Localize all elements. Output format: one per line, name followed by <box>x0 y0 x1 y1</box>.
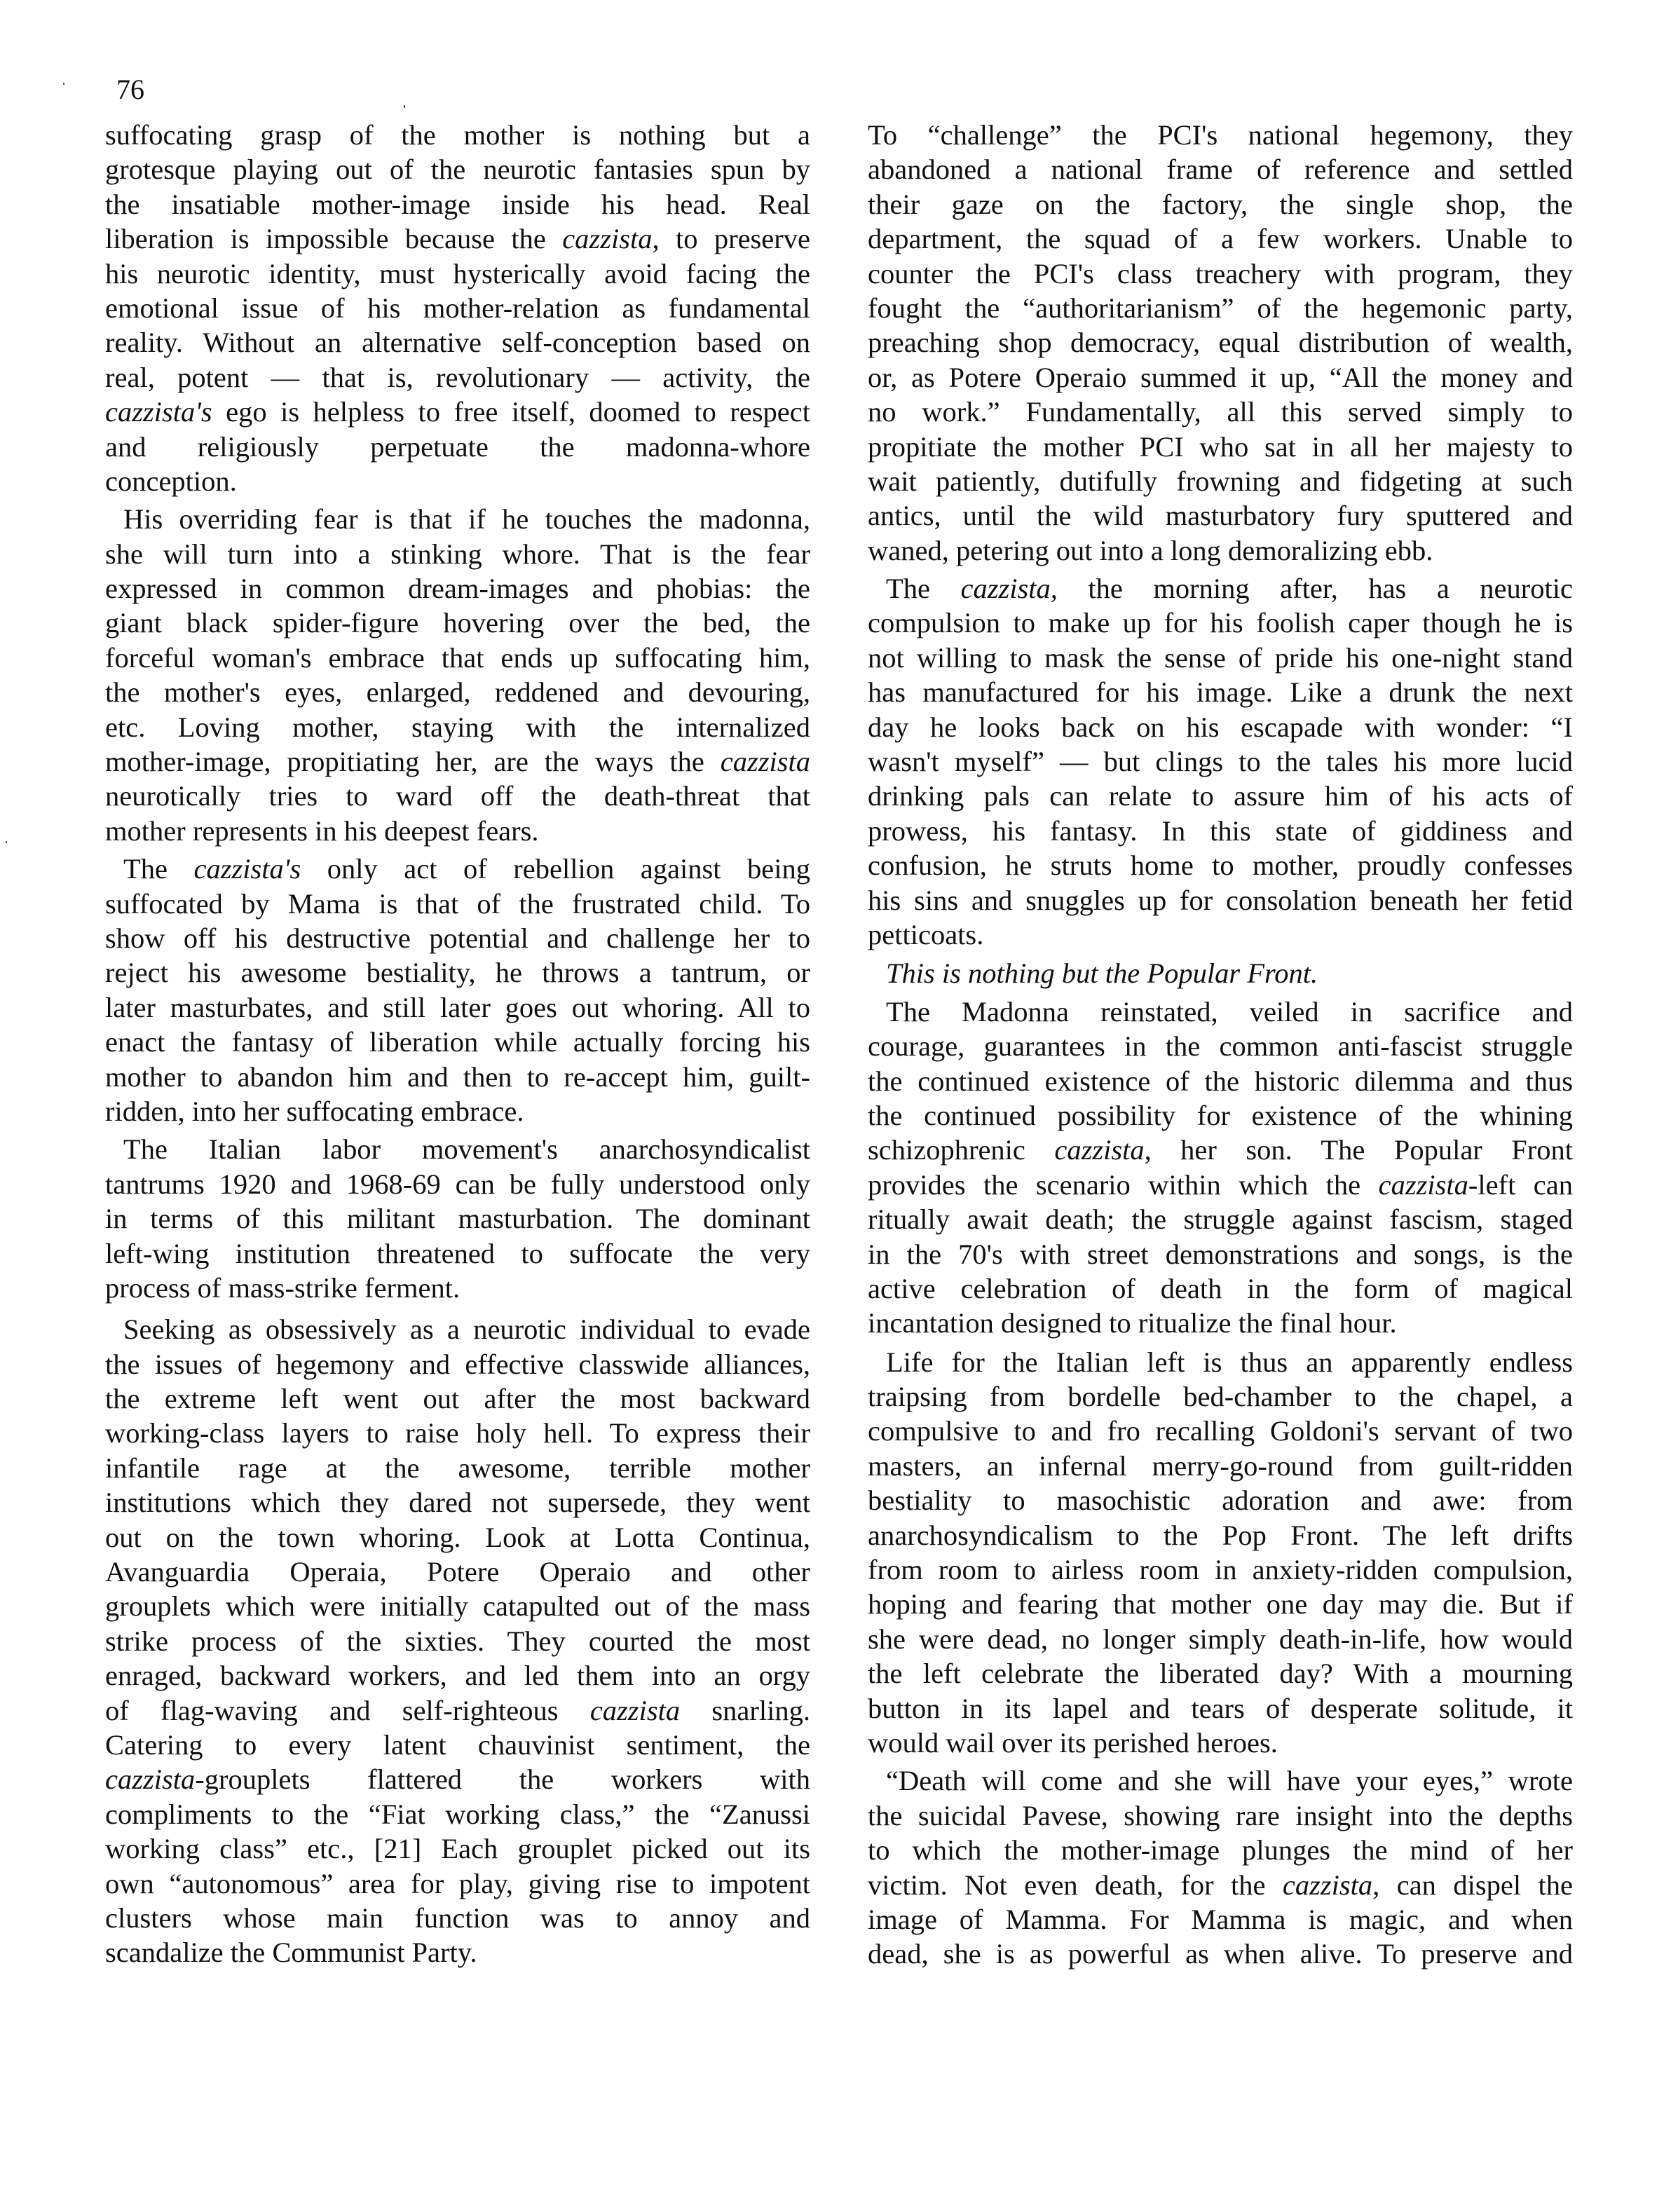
page-number: 76 <box>116 74 144 105</box>
text-run: To “challenge” the PCI's national hegemo… <box>868 119 1573 151</box>
text-line: drinking pals can relate to assure him o… <box>868 779 1573 813</box>
text-run: Catering to every latent chauvinist sent… <box>105 1729 810 1761</box>
text-run: suffocated by Mama is that of the frustr… <box>105 888 810 920</box>
text-line: real, potent — that is, revolutionary — … <box>105 360 810 395</box>
text-run: wait patiently, dutifully frowning and f… <box>868 465 1573 497</box>
text-line: scandalize the Communist Party. <box>105 1935 810 1969</box>
text-line: mother-image, propitiating her, are the … <box>105 744 810 779</box>
text-run: Avanguardia Operaia, Potere Operaio and … <box>105 1556 810 1588</box>
text-line: institutions which they dared not supers… <box>105 1485 810 1520</box>
text-run: department, the squad of a few workers. … <box>868 223 1573 254</box>
text-run: neurotically tries to ward off the death… <box>105 780 810 812</box>
text-run: the extreme left went out after the most… <box>105 1383 810 1414</box>
text-line: suffocated by Mama is that of the frustr… <box>105 887 810 921</box>
text-run: Seeking as obsessively as a neurotic ind… <box>123 1313 810 1345</box>
text-line: Life for the Italian left is thus an app… <box>868 1345 1573 1379</box>
text-run: masters, an infernal merry-go-round from… <box>868 1450 1573 1482</box>
text-run: giant black spider-figure hovering over … <box>105 607 810 639</box>
text-line: bestiality to masochistic adoration and … <box>868 1483 1573 1517</box>
paragraph: The Italian labor movement's anarchosynd… <box>105 1132 810 1305</box>
text-line: grotesque playing out of the neurotic fa… <box>105 152 810 186</box>
text-run: The Madonna reinstated, veiled in sacrif… <box>886 996 1573 1028</box>
text-line: his neurotic identity, must hysterically… <box>105 257 810 291</box>
text-run: fought the “authoritarianism” of the heg… <box>868 292 1573 324</box>
text-column-right: To “challenge” the PCI's national hegemo… <box>868 118 1573 1975</box>
text-line: and religiously perpetuate the madonna-w… <box>105 430 810 464</box>
text-line: neurotically tries to ward off the death… <box>105 779 810 813</box>
text-line: mother to abandon him and then to re-acc… <box>105 1060 810 1094</box>
text-run: confusion, he struts home to mother, pro… <box>868 849 1573 881</box>
text-line: ridden, into her suffocating embrace. <box>105 1094 810 1128</box>
paragraph: Life for the Italian left is thus an app… <box>868 1345 1573 1761</box>
text-line: cazzista's ego is helpless to free itsel… <box>105 395 810 429</box>
text-run: the morning after, has a neurotic <box>1058 573 1573 604</box>
text-run: incantation designed to ritualize the fi… <box>868 1307 1397 1339</box>
text-line: process of mass-strike ferment. <box>105 1271 810 1305</box>
text-line: hoping and fearing that mother one day m… <box>868 1587 1573 1621</box>
text-run: antics, until the wild masturbatory fury… <box>868 500 1573 531</box>
text-run: later masturbates, and still later goes … <box>105 992 810 1023</box>
text-run: The <box>886 573 960 604</box>
italic-text: cazzista <box>1283 1869 1372 1901</box>
text-line: “Death will come and she will have your … <box>868 1763 1573 1798</box>
text-run: his neurotic identity, must hysterically… <box>105 258 810 289</box>
text-line: out on the town whoring. Look at Lotta C… <box>105 1520 810 1555</box>
text-run: The Italian labor movement's anarchosynd… <box>123 1133 810 1165</box>
text-line: confusion, he struts home to mother, pro… <box>868 848 1573 882</box>
text-line: active celebration of death in the form … <box>868 1271 1573 1306</box>
text-line: cazzista-grouplets flattered the workers… <box>105 1762 810 1796</box>
text-run: prowess, his fantasy. In this state of g… <box>868 815 1573 847</box>
text-run: compulsive to and fro recalling Goldoni'… <box>868 1415 1573 1447</box>
text-run: drinking pals can relate to assure him o… <box>868 780 1573 812</box>
text-run: grouplets which were initially catapulte… <box>105 1590 810 1622</box>
scan-speck <box>404 105 405 108</box>
paragraph: Seeking as obsessively as a neurotic ind… <box>105 1312 810 1969</box>
text-line: not willing to mask the sense of pride h… <box>868 641 1573 675</box>
text-run: only act of rebellion against being <box>301 853 810 885</box>
italic-text: cazzista, <box>960 573 1057 604</box>
text-run: in the 70's with street demonstrations a… <box>868 1238 1573 1270</box>
text-run: the continued existence of the historic … <box>868 1065 1573 1097</box>
text-run: the suicidal Pavese, showing rare insigh… <box>868 1800 1573 1831</box>
text-line: The cazzista, the morning after, has a n… <box>868 571 1573 606</box>
text-line: from room to airless room in anxiety-rid… <box>868 1552 1573 1587</box>
text-line: his sins and snuggles up for consolation… <box>868 883 1573 917</box>
text-line: compulsion to make up for his foolish ca… <box>868 606 1573 640</box>
text-line: Avanguardia Operaia, Potere Operaio and … <box>105 1555 810 1589</box>
text-run: grotesque playing out of the neurotic fa… <box>105 153 810 185</box>
document-page: 76 suffocating grasp of the mother is no… <box>0 0 1678 2212</box>
text-line: His overriding fear is that if he touche… <box>105 502 810 536</box>
text-line: enraged, backward workers, and led them … <box>105 1658 810 1693</box>
text-run: scandalize the Communist Party. <box>105 1937 477 1968</box>
text-run: not willing to mask the sense of pride h… <box>868 642 1573 674</box>
text-run: no work.” Fundamentally, all this served… <box>868 396 1573 428</box>
text-run: suffocating grasp of the mother is nothi… <box>105 119 810 151</box>
paragraph: This is nothing but the Popular Front. <box>868 956 1573 990</box>
italic-text: cazzista <box>1054 1134 1144 1166</box>
paragraph: The cazzista, the morning after, has a n… <box>868 571 1573 952</box>
text-run: she will turn into a stinking whore. Tha… <box>105 538 810 570</box>
italic-text: cazzista <box>721 746 810 777</box>
text-line: To “challenge” the PCI's national hegemo… <box>868 118 1573 152</box>
text-line: the continued existence of the historic … <box>868 1064 1573 1098</box>
text-line: has manufactured for his image. Like a d… <box>868 675 1573 709</box>
text-run: provides the scenario within which the <box>868 1169 1379 1201</box>
text-line: the suicidal Pavese, showing rare insigh… <box>868 1798 1573 1833</box>
text-run: enact the fantasy of liberation while ac… <box>105 1026 810 1058</box>
text-line: she will turn into a stinking whore. Tha… <box>105 537 810 571</box>
text-line: button in its lapel and tears of despera… <box>868 1691 1573 1726</box>
text-line: dead, she is as powerful as when alive. … <box>868 1937 1573 1971</box>
text-line: The Madonna reinstated, veiled in sacrif… <box>868 995 1573 1029</box>
text-run: mother represents in his deepest fears. <box>105 815 539 847</box>
text-line: giant black spider-figure hovering over … <box>105 606 810 640</box>
text-run: process of mass-strike ferment. <box>105 1272 460 1304</box>
text-run: ridden, into her suffocating embrace. <box>105 1095 524 1127</box>
text-line: counter the PCI's class treachery with p… <box>868 257 1573 291</box>
text-line: grouplets which were initially catapulte… <box>105 1589 810 1623</box>
text-line: petticoats. <box>868 917 1573 952</box>
text-line: compulsive to and fro recalling Goldoni'… <box>868 1414 1573 1448</box>
text-run: enraged, backward workers, and led them … <box>105 1660 810 1691</box>
text-line: expressed in common dream-images and pho… <box>105 571 810 606</box>
text-run: counter the PCI's class treachery with p… <box>868 258 1573 289</box>
text-run: left-wing institution threatened to suff… <box>105 1238 810 1269</box>
text-run: , to preserve <box>652 223 810 254</box>
text-run: expressed in common dream-images and pho… <box>105 573 810 604</box>
text-line: wait patiently, dutifully frowning and f… <box>868 464 1573 498</box>
text-run: petticoats. <box>868 919 983 950</box>
text-line: wasn't myself” — but clings to the tales… <box>868 744 1573 779</box>
text-line: working class” etc., [21] Each grouplet … <box>105 1831 810 1866</box>
text-line: courage, guarantees in the common anti-f… <box>868 1029 1573 1063</box>
text-line: show off his destructive potential and c… <box>105 921 810 955</box>
text-run: traipsing from bordelle bed-chamber to t… <box>868 1381 1573 1412</box>
text-line: infantile rage at the awesome, terrible … <box>105 1451 810 1485</box>
text-run: day he looks back on his escapade with w… <box>868 711 1573 743</box>
text-line: preaching shop democracy, equal distribu… <box>868 325 1573 360</box>
text-line: This is nothing but the Popular Front. <box>868 956 1573 990</box>
text-line: reality. Without an alternative self-con… <box>105 325 810 360</box>
text-run: strike process of the sixties. They cour… <box>105 1625 810 1657</box>
text-run: snarling. <box>680 1695 810 1726</box>
text-line: the mother's eyes, enlarged, reddened an… <box>105 675 810 709</box>
text-line: reject his awesome bestiality, he throws… <box>105 955 810 990</box>
italic-text: This is nothing but the Popular Front. <box>886 957 1318 989</box>
text-line: left-wing institution threatened to suff… <box>105 1236 810 1271</box>
text-run: out on the town whoring. Look at Lotta C… <box>105 1522 810 1553</box>
text-run: real, potent — that is, revolutionary — … <box>105 362 810 393</box>
text-run: -left can <box>1468 1169 1573 1201</box>
italic-text: cazzista <box>562 223 652 254</box>
text-line: schizophrenic cazzista, her son. The Pop… <box>868 1133 1573 1167</box>
text-run: from room to airless room in anxiety-rid… <box>868 1554 1573 1585</box>
text-line: The Italian labor movement's anarchosynd… <box>105 1132 810 1166</box>
text-run: reality. Without an alternative self-con… <box>105 327 810 358</box>
text-run: reject his awesome bestiality, he throws… <box>105 957 810 988</box>
text-run: she were dead, no longer simply death-in… <box>868 1623 1573 1655</box>
italic-text: cazzista's <box>194 853 301 885</box>
text-run: compliments to the “Fiat working class,”… <box>105 1798 810 1830</box>
text-run: dead, she is as powerful as when alive. … <box>868 1938 1573 1969</box>
text-line: emotional issue of his mother-relation a… <box>105 291 810 325</box>
text-run: of flag-waving and self-righteous <box>105 1695 590 1726</box>
text-line: to which the mother-image plunges the mi… <box>868 1833 1573 1867</box>
text-run: clusters whose main function was to anno… <box>105 1902 810 1934</box>
text-run: bestiality to masochistic adoration and … <box>868 1484 1573 1516</box>
text-run: and religiously perpetuate the madonna-w… <box>105 431 810 463</box>
text-run: image of Mamma. For Mamma is magic, and … <box>868 1904 1573 1935</box>
text-line: liberation is impossible because the caz… <box>105 221 810 256</box>
text-run: their gaze on the factory, the single sh… <box>868 189 1573 220</box>
text-run: anarchosyndicalism to the Pop Front. The… <box>868 1520 1573 1551</box>
text-line: working-class layers to raise holy hell.… <box>105 1416 810 1450</box>
text-line: victim. Not even death, for the cazzista… <box>868 1868 1573 1902</box>
text-run: would wail over its perished heroes. <box>868 1727 1278 1759</box>
text-line: in terms of this militant masturbation. … <box>105 1201 810 1236</box>
text-line: mother represents in his deepest fears. <box>105 814 810 848</box>
text-line: prowess, his fantasy. In this state of g… <box>868 814 1573 848</box>
text-line: tantrums 1920 and 1968-69 can be fully u… <box>105 1167 810 1201</box>
text-run: mother to abandon him and then to re-acc… <box>105 1061 810 1093</box>
text-run: preaching shop democracy, equal distribu… <box>868 327 1573 358</box>
text-run: , her son. The Popular Front <box>1145 1134 1573 1166</box>
text-run: propitiate the mother PCI who sat in all… <box>868 431 1573 463</box>
text-line: the extreme left went out after the most… <box>105 1381 810 1416</box>
text-line: etc. Loving mother, staying with the int… <box>105 710 810 744</box>
text-run: the issues of hegemony and effective cla… <box>105 1349 810 1380</box>
text-line: forceful woman's embrace that ends up su… <box>105 641 810 675</box>
text-line: or, as Potere Operaio summed it up, “All… <box>868 360 1573 395</box>
text-run: mother-image, propitiating her, are the … <box>105 746 721 777</box>
text-run: schizophrenic <box>868 1134 1054 1166</box>
text-run: -grouplets flattered the workers with <box>195 1763 810 1795</box>
text-line: own “autonomous” area for play, giving r… <box>105 1866 810 1901</box>
text-run: victim. Not even death, for the <box>868 1869 1283 1901</box>
text-run: infantile rage at the awesome, terrible … <box>105 1452 810 1484</box>
text-run: courage, guarantees in the common anti-f… <box>868 1030 1573 1062</box>
text-line: strike process of the sixties. They cour… <box>105 1624 810 1658</box>
text-run: the insatiable mother-image inside his h… <box>105 189 810 220</box>
text-line: the insatiable mother-image inside his h… <box>105 187 810 221</box>
paragraph: To “challenge” the PCI's national hegemo… <box>868 118 1573 568</box>
text-run: compulsion to make up for his foolish ca… <box>868 607 1573 639</box>
paragraph: The cazzista's only act of rebellion aga… <box>105 852 810 1128</box>
text-run: his sins and snuggles up for consolation… <box>868 885 1573 916</box>
text-run: working class” etc., [21] Each grouplet … <box>105 1833 810 1864</box>
text-line: propitiate the mother PCI who sat in all… <box>868 430 1573 464</box>
text-column-left: suffocating grasp of the mother is nothi… <box>105 118 810 1974</box>
text-line: day he looks back on his escapade with w… <box>868 710 1573 744</box>
paragraph: “Death will come and she will have your … <box>868 1763 1573 1971</box>
text-line: the continued possibility for existence … <box>868 1098 1573 1133</box>
text-run: “Death will come and she will have your … <box>886 1765 1573 1796</box>
text-line: no work.” Fundamentally, all this served… <box>868 395 1573 429</box>
text-run: Life for the Italian left is thus an app… <box>886 1346 1573 1378</box>
text-run: hoping and fearing that mother one day m… <box>868 1588 1573 1620</box>
scan-speck <box>63 83 64 85</box>
text-line: department, the squad of a few workers. … <box>868 221 1573 256</box>
text-line: enact the fantasy of liberation while ac… <box>105 1025 810 1059</box>
text-run: liberation is impossible because the <box>105 223 562 254</box>
text-run: in terms of this militant masturbation. … <box>105 1203 810 1234</box>
text-line: provides the scenario within which the c… <box>868 1168 1573 1202</box>
text-run: or, as Potere Operaio summed it up, “All… <box>868 362 1573 393</box>
text-line: fought the “authoritarianism” of the heg… <box>868 291 1573 325</box>
text-line: compliments to the “Fiat working class,”… <box>105 1797 810 1831</box>
text-run: has manufactured for his image. Like a d… <box>868 676 1573 708</box>
italic-text: cazzista <box>1379 1169 1468 1201</box>
text-run: , can dispel the <box>1372 1869 1573 1901</box>
text-line: the issues of hegemony and effective cla… <box>105 1347 810 1381</box>
paragraph: suffocating grasp of the mother is nothi… <box>105 118 810 498</box>
text-line: masters, an infernal merry-go-round from… <box>868 1449 1573 1483</box>
text-line: Catering to every latent chauvinist sent… <box>105 1728 810 1762</box>
italic-text: cazzista's <box>105 396 212 428</box>
scan-speck <box>6 841 7 843</box>
text-line: waned, petering out into a long demorali… <box>868 533 1573 568</box>
italic-text: cazzista <box>590 1695 680 1726</box>
text-run: conception. <box>105 465 237 497</box>
text-run: button in its lapel and tears of despera… <box>868 1693 1573 1724</box>
text-run: own “autonomous” area for play, giving r… <box>105 1868 810 1899</box>
paragraph: The Madonna reinstated, veiled in sacrif… <box>868 995 1573 1341</box>
text-line: incantation designed to ritualize the fi… <box>868 1306 1573 1340</box>
text-line: of flag-waving and self-righteous cazzis… <box>105 1693 810 1728</box>
text-line: The cazzista's only act of rebellion aga… <box>105 852 810 886</box>
text-run: ego is helpless to free itself, doomed t… <box>212 396 810 428</box>
paragraph: His overriding fear is that if he touche… <box>105 502 810 848</box>
text-line: suffocating grasp of the mother is nothi… <box>105 118 810 152</box>
text-run: tantrums 1920 and 1968-69 can be fully u… <box>105 1168 810 1200</box>
text-line: image of Mamma. For Mamma is magic, and … <box>868 1902 1573 1937</box>
text-line: in the 70's with street demonstrations a… <box>868 1237 1573 1271</box>
text-line: later masturbates, and still later goes … <box>105 990 810 1025</box>
italic-text: cazzista <box>105 1763 195 1795</box>
text-line: their gaze on the factory, the single sh… <box>868 187 1573 221</box>
text-run: emotional issue of his mother-relation a… <box>105 292 810 324</box>
text-run: abandoned a national frame of reference … <box>868 153 1573 185</box>
text-run: the continued possibility for existence … <box>868 1100 1573 1131</box>
text-run: wasn't myself” — but clings to the tales… <box>868 746 1573 777</box>
text-line: she were dead, no longer simply death-in… <box>868 1622 1573 1656</box>
text-run: the left celebrate the liberated day? Wi… <box>868 1658 1573 1689</box>
text-line: anarchosyndicalism to the Pop Front. The… <box>868 1518 1573 1552</box>
text-line: clusters whose main function was to anno… <box>105 1901 810 1935</box>
text-run: waned, petering out into a long demorali… <box>868 535 1433 566</box>
text-run: The <box>123 853 194 885</box>
text-run: the mother's eyes, enlarged, reddened an… <box>105 676 810 708</box>
text-line: conception. <box>105 464 810 498</box>
text-line: antics, until the wild masturbatory fury… <box>868 498 1573 533</box>
text-run: His overriding fear is that if he touche… <box>123 503 810 535</box>
scan-speck <box>1569 477 1570 479</box>
text-line: ritually await death; the struggle again… <box>868 1202 1573 1236</box>
text-run: ritually await death; the struggle again… <box>868 1203 1573 1235</box>
text-run: to which the mother-image plunges the mi… <box>868 1834 1573 1866</box>
text-line: abandoned a national frame of reference … <box>868 152 1573 186</box>
text-run: forceful woman's embrace that ends up su… <box>105 642 810 674</box>
text-line: would wail over its perished heroes. <box>868 1726 1573 1760</box>
text-run: working-class layers to raise holy hell.… <box>105 1417 810 1449</box>
text-run: show off his destructive potential and c… <box>105 922 810 954</box>
text-run: active celebration of death in the form … <box>868 1273 1573 1304</box>
text-run: institutions which they dared not supers… <box>105 1487 810 1518</box>
text-line: Seeking as obsessively as a neurotic ind… <box>105 1312 810 1346</box>
text-run: etc. Loving mother, staying with the int… <box>105 711 810 743</box>
text-line: the left celebrate the liberated day? Wi… <box>868 1656 1573 1691</box>
text-line: traipsing from bordelle bed-chamber to t… <box>868 1379 1573 1414</box>
